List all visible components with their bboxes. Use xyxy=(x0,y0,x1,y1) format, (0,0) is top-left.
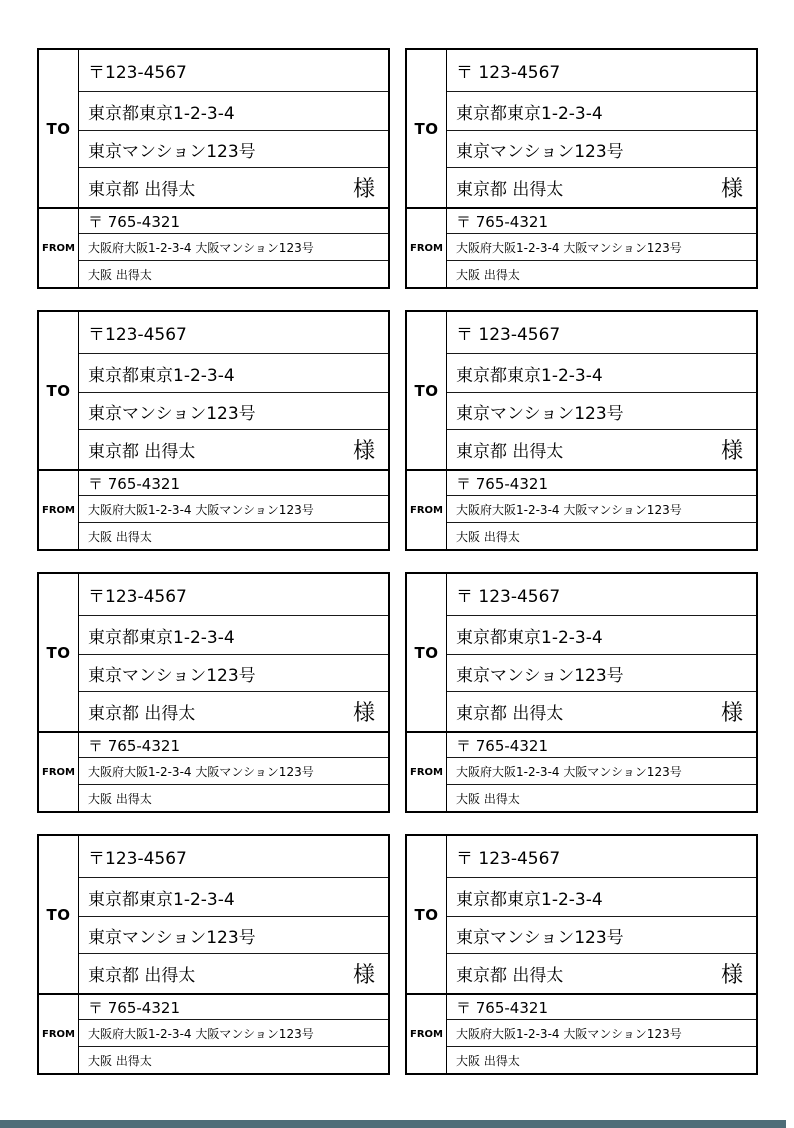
sender-address: 大阪府大阪1-2-3-4 大阪マンション123号 xyxy=(79,234,388,261)
recipient-address-line-2: 東京マンション123号 xyxy=(447,655,756,692)
recipient-address-line-1: 東京都東京1-2-3-4 xyxy=(447,92,756,131)
recipient-postal-code: 〒 123-4567 xyxy=(447,836,756,878)
sender-postal-code: 〒 765-4321 xyxy=(79,471,388,496)
recipient-name-row: 東京都 出得太 様 xyxy=(79,430,388,469)
sender-name: 大阪 出得太 xyxy=(79,523,388,549)
honorific: 様 xyxy=(353,696,375,727)
to-section: TO 〒 123-4567 東京都東京1-2-3-4 東京マンション123号 東… xyxy=(407,50,756,207)
sender-name: 大阪 出得太 xyxy=(447,523,756,549)
sender-postal-code: 〒 765-4321 xyxy=(447,471,756,496)
sender-postal-code: 〒 765-4321 xyxy=(447,733,756,758)
recipient-name: 東京都 出得太 xyxy=(88,961,195,986)
sender-name: 大阪 出得太 xyxy=(447,1047,756,1073)
to-section: TO 〒 123-4567 東京都東京1-2-3-4 東京マンション123号 東… xyxy=(407,836,756,993)
recipient-postal-code: 〒123-4567 xyxy=(79,312,388,354)
address-label-card: TO 〒123-4567 東京都東京1-2-3-4 東京マンション123号 東京… xyxy=(37,310,390,551)
to-section: TO 〒123-4567 東京都東京1-2-3-4 東京マンション123号 東京… xyxy=(39,574,388,731)
sender-address: 大阪府大阪1-2-3-4 大阪マンション123号 xyxy=(447,234,756,261)
recipient-address-line-1: 東京都東京1-2-3-4 xyxy=(79,616,388,655)
recipient-name: 東京都 出得太 xyxy=(88,699,195,724)
recipient-address-line-1: 東京都東京1-2-3-4 xyxy=(447,354,756,393)
to-section: TO 〒123-4567 東京都東京1-2-3-4 東京マンション123号 東京… xyxy=(39,312,388,469)
to-section: TO 〒123-4567 東京都東京1-2-3-4 東京マンション123号 東京… xyxy=(39,836,388,993)
recipient-name: 東京都 出得太 xyxy=(456,961,563,986)
to-label: TO xyxy=(407,574,447,731)
sender-postal-code: 〒 765-4321 xyxy=(447,209,756,234)
from-label: FROM xyxy=(407,471,447,549)
to-label: TO xyxy=(407,312,447,469)
label-grid: TO 〒123-4567 東京都東京1-2-3-4 東京マンション123号 東京… xyxy=(37,48,758,1075)
address-label-card: TO 〒 123-4567 東京都東京1-2-3-4 東京マンション123号 東… xyxy=(405,572,758,813)
recipient-address-line-2: 東京マンション123号 xyxy=(447,917,756,954)
recipient-address-line-2: 東京マンション123号 xyxy=(79,917,388,954)
honorific: 様 xyxy=(721,172,743,203)
recipient-postal-code: 〒123-4567 xyxy=(79,836,388,878)
to-label: TO xyxy=(407,50,447,207)
from-section: FROM 〒 765-4321 大阪府大阪1-2-3-4 大阪マンション123号… xyxy=(39,731,388,811)
to-section: TO 〒 123-4567 東京都東京1-2-3-4 東京マンション123号 東… xyxy=(407,574,756,731)
honorific: 様 xyxy=(353,434,375,465)
honorific: 様 xyxy=(721,696,743,727)
to-label: TO xyxy=(39,836,79,993)
recipient-address-line-1: 東京都東京1-2-3-4 xyxy=(447,616,756,655)
recipient-address-line-2: 東京マンション123号 xyxy=(79,131,388,168)
from-section: FROM 〒 765-4321 大阪府大阪1-2-3-4 大阪マンション123号… xyxy=(407,993,756,1073)
to-label: TO xyxy=(39,50,79,207)
recipient-name-row: 東京都 出得太 様 xyxy=(447,954,756,993)
to-section: TO 〒 123-4567 東京都東京1-2-3-4 東京マンション123号 東… xyxy=(407,312,756,469)
honorific: 様 xyxy=(353,172,375,203)
from-label: FROM xyxy=(407,995,447,1073)
sender-postal-code: 〒 765-4321 xyxy=(79,733,388,758)
recipient-name: 東京都 出得太 xyxy=(456,175,563,200)
sender-address: 大阪府大阪1-2-3-4 大阪マンション123号 xyxy=(447,496,756,523)
sender-name: 大阪 出得太 xyxy=(79,1047,388,1073)
recipient-name: 東京都 出得太 xyxy=(456,699,563,724)
recipient-address-line-1: 東京都東京1-2-3-4 xyxy=(79,354,388,393)
address-label-card: TO 〒 123-4567 東京都東京1-2-3-4 東京マンション123号 東… xyxy=(405,310,758,551)
recipient-name: 東京都 出得太 xyxy=(88,175,195,200)
recipient-address-line-2: 東京マンション123号 xyxy=(447,131,756,168)
address-label-card: TO 〒 123-4567 東京都東京1-2-3-4 東京マンション123号 東… xyxy=(405,48,758,289)
bottom-accent-bar xyxy=(0,1120,786,1128)
recipient-address-line-2: 東京マンション123号 xyxy=(79,655,388,692)
from-label: FROM xyxy=(39,471,79,549)
from-section: FROM 〒 765-4321 大阪府大阪1-2-3-4 大阪マンション123号… xyxy=(39,207,388,287)
recipient-postal-code: 〒 123-4567 xyxy=(447,312,756,354)
from-section: FROM 〒 765-4321 大阪府大阪1-2-3-4 大阪マンション123号… xyxy=(407,469,756,549)
recipient-name-row: 東京都 出得太 様 xyxy=(447,168,756,207)
sender-address: 大阪府大阪1-2-3-4 大阪マンション123号 xyxy=(79,1020,388,1047)
to-label: TO xyxy=(39,312,79,469)
from-section: FROM 〒 765-4321 大阪府大阪1-2-3-4 大阪マンション123号… xyxy=(407,207,756,287)
recipient-address-line-2: 東京マンション123号 xyxy=(79,393,388,430)
honorific: 様 xyxy=(721,958,743,989)
recipient-address-line-2: 東京マンション123号 xyxy=(447,393,756,430)
sender-name: 大阪 出得太 xyxy=(79,261,388,287)
to-label: TO xyxy=(39,574,79,731)
sender-postal-code: 〒 765-4321 xyxy=(79,995,388,1020)
from-section: FROM 〒 765-4321 大阪府大阪1-2-3-4 大阪マンション123号… xyxy=(39,469,388,549)
label-sheet-page: TO 〒123-4567 東京都東京1-2-3-4 東京マンション123号 東京… xyxy=(0,0,794,1128)
from-label: FROM xyxy=(407,209,447,287)
address-label-card: TO 〒123-4567 東京都東京1-2-3-4 東京マンション123号 東京… xyxy=(37,834,390,1075)
from-label: FROM xyxy=(407,733,447,811)
sender-address: 大阪府大阪1-2-3-4 大阪マンション123号 xyxy=(79,758,388,785)
sender-address: 大阪府大阪1-2-3-4 大阪マンション123号 xyxy=(447,758,756,785)
recipient-name-row: 東京都 出得太 様 xyxy=(79,168,388,207)
recipient-name: 東京都 出得太 xyxy=(456,437,563,462)
from-label: FROM xyxy=(39,733,79,811)
sender-name: 大阪 出得太 xyxy=(447,261,756,287)
to-section: TO 〒123-4567 東京都東京1-2-3-4 東京マンション123号 東京… xyxy=(39,50,388,207)
sender-name: 大阪 出得太 xyxy=(79,785,388,811)
honorific: 様 xyxy=(721,434,743,465)
honorific: 様 xyxy=(353,958,375,989)
recipient-address-line-1: 東京都東京1-2-3-4 xyxy=(79,878,388,917)
from-section: FROM 〒 765-4321 大阪府大阪1-2-3-4 大阪マンション123号… xyxy=(39,993,388,1073)
sender-name: 大阪 出得太 xyxy=(447,785,756,811)
recipient-postal-code: 〒123-4567 xyxy=(79,574,388,616)
recipient-address-line-1: 東京都東京1-2-3-4 xyxy=(447,878,756,917)
recipient-postal-code: 〒123-4567 xyxy=(79,50,388,92)
from-section: FROM 〒 765-4321 大阪府大阪1-2-3-4 大阪マンション123号… xyxy=(407,731,756,811)
recipient-name-row: 東京都 出得太 様 xyxy=(447,692,756,731)
sender-address: 大阪府大阪1-2-3-4 大阪マンション123号 xyxy=(79,496,388,523)
from-label: FROM xyxy=(39,995,79,1073)
recipient-name-row: 東京都 出得太 様 xyxy=(447,430,756,469)
recipient-postal-code: 〒 123-4567 xyxy=(447,50,756,92)
address-label-card: TO 〒123-4567 東京都東京1-2-3-4 東京マンション123号 東京… xyxy=(37,572,390,813)
recipient-name-row: 東京都 出得太 様 xyxy=(79,954,388,993)
recipient-name-row: 東京都 出得太 様 xyxy=(79,692,388,731)
sender-postal-code: 〒 765-4321 xyxy=(79,209,388,234)
address-label-card: TO 〒 123-4567 東京都東京1-2-3-4 東京マンション123号 東… xyxy=(405,834,758,1075)
sender-address: 大阪府大阪1-2-3-4 大阪マンション123号 xyxy=(447,1020,756,1047)
from-label: FROM xyxy=(39,209,79,287)
recipient-name: 東京都 出得太 xyxy=(88,437,195,462)
recipient-postal-code: 〒 123-4567 xyxy=(447,574,756,616)
to-label: TO xyxy=(407,836,447,993)
recipient-address-line-1: 東京都東京1-2-3-4 xyxy=(79,92,388,131)
address-label-card: TO 〒123-4567 東京都東京1-2-3-4 東京マンション123号 東京… xyxy=(37,48,390,289)
sender-postal-code: 〒 765-4321 xyxy=(447,995,756,1020)
